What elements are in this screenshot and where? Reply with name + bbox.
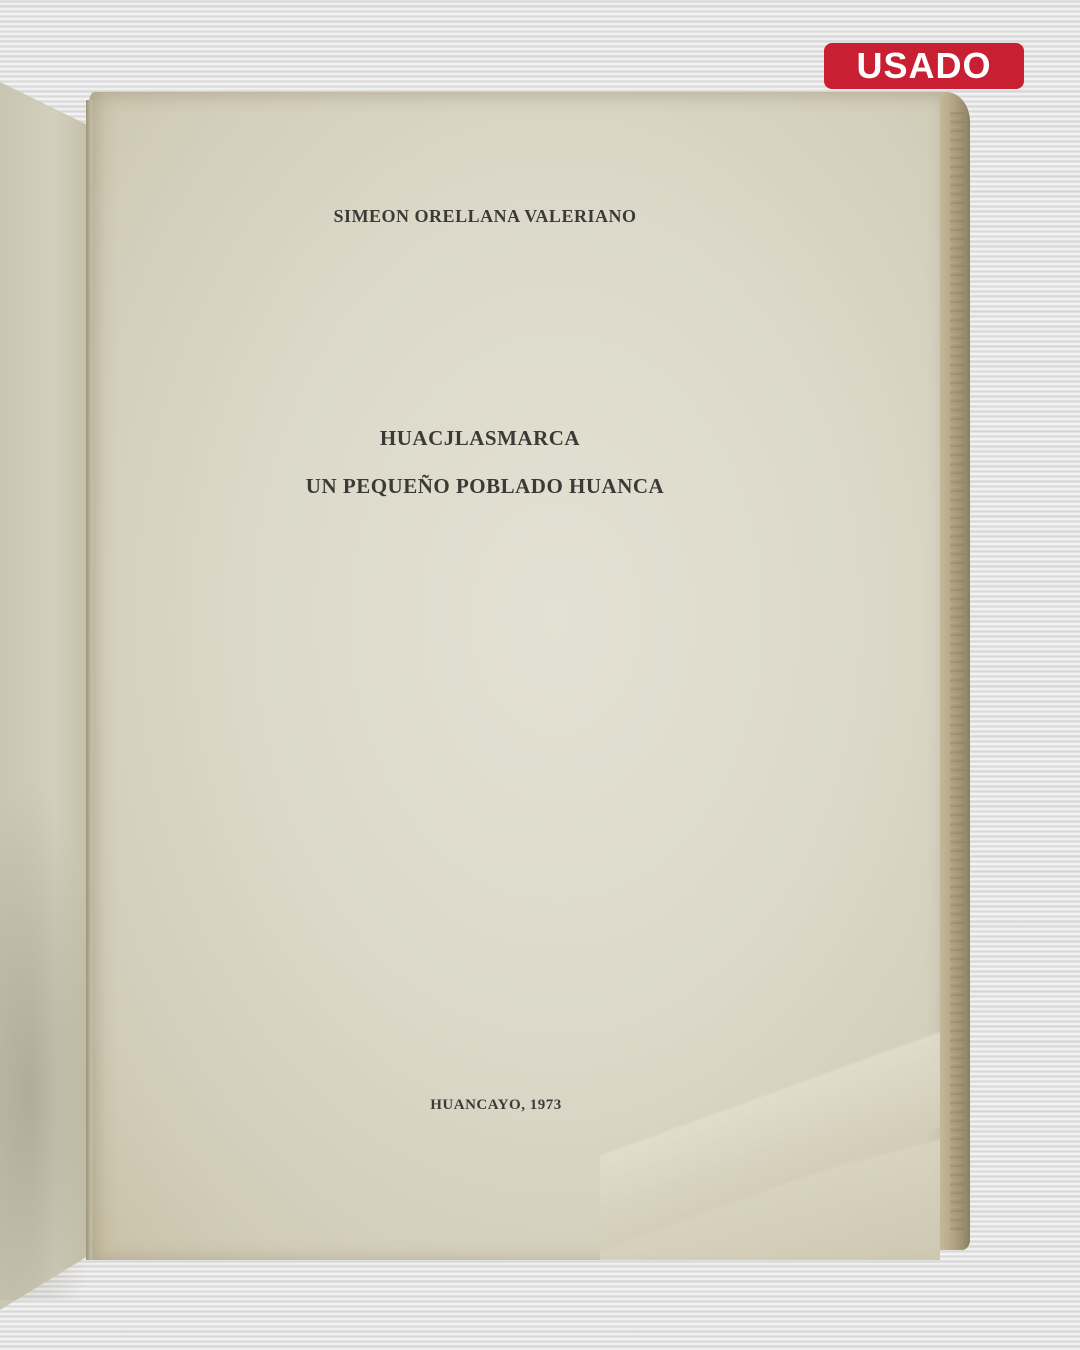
book-gutter [86,100,92,1260]
page-fold [600,1030,940,1260]
product-photo: SIMEON ORELLANA VALERIANO HUACJLASMARCA … [0,0,1080,1350]
publication-imprint: HUANCAYO, 1973 [396,1097,596,1114]
author-name: SIMEON ORELLANA VALERIANO [280,206,690,227]
book-title: HUACJLASMARCA [280,426,680,451]
book-subtitle: UN PEQUEÑO POBLADO HUANCA [280,474,690,499]
condition-badge: USADO [824,43,1024,89]
page-shadow [0,780,100,1300]
